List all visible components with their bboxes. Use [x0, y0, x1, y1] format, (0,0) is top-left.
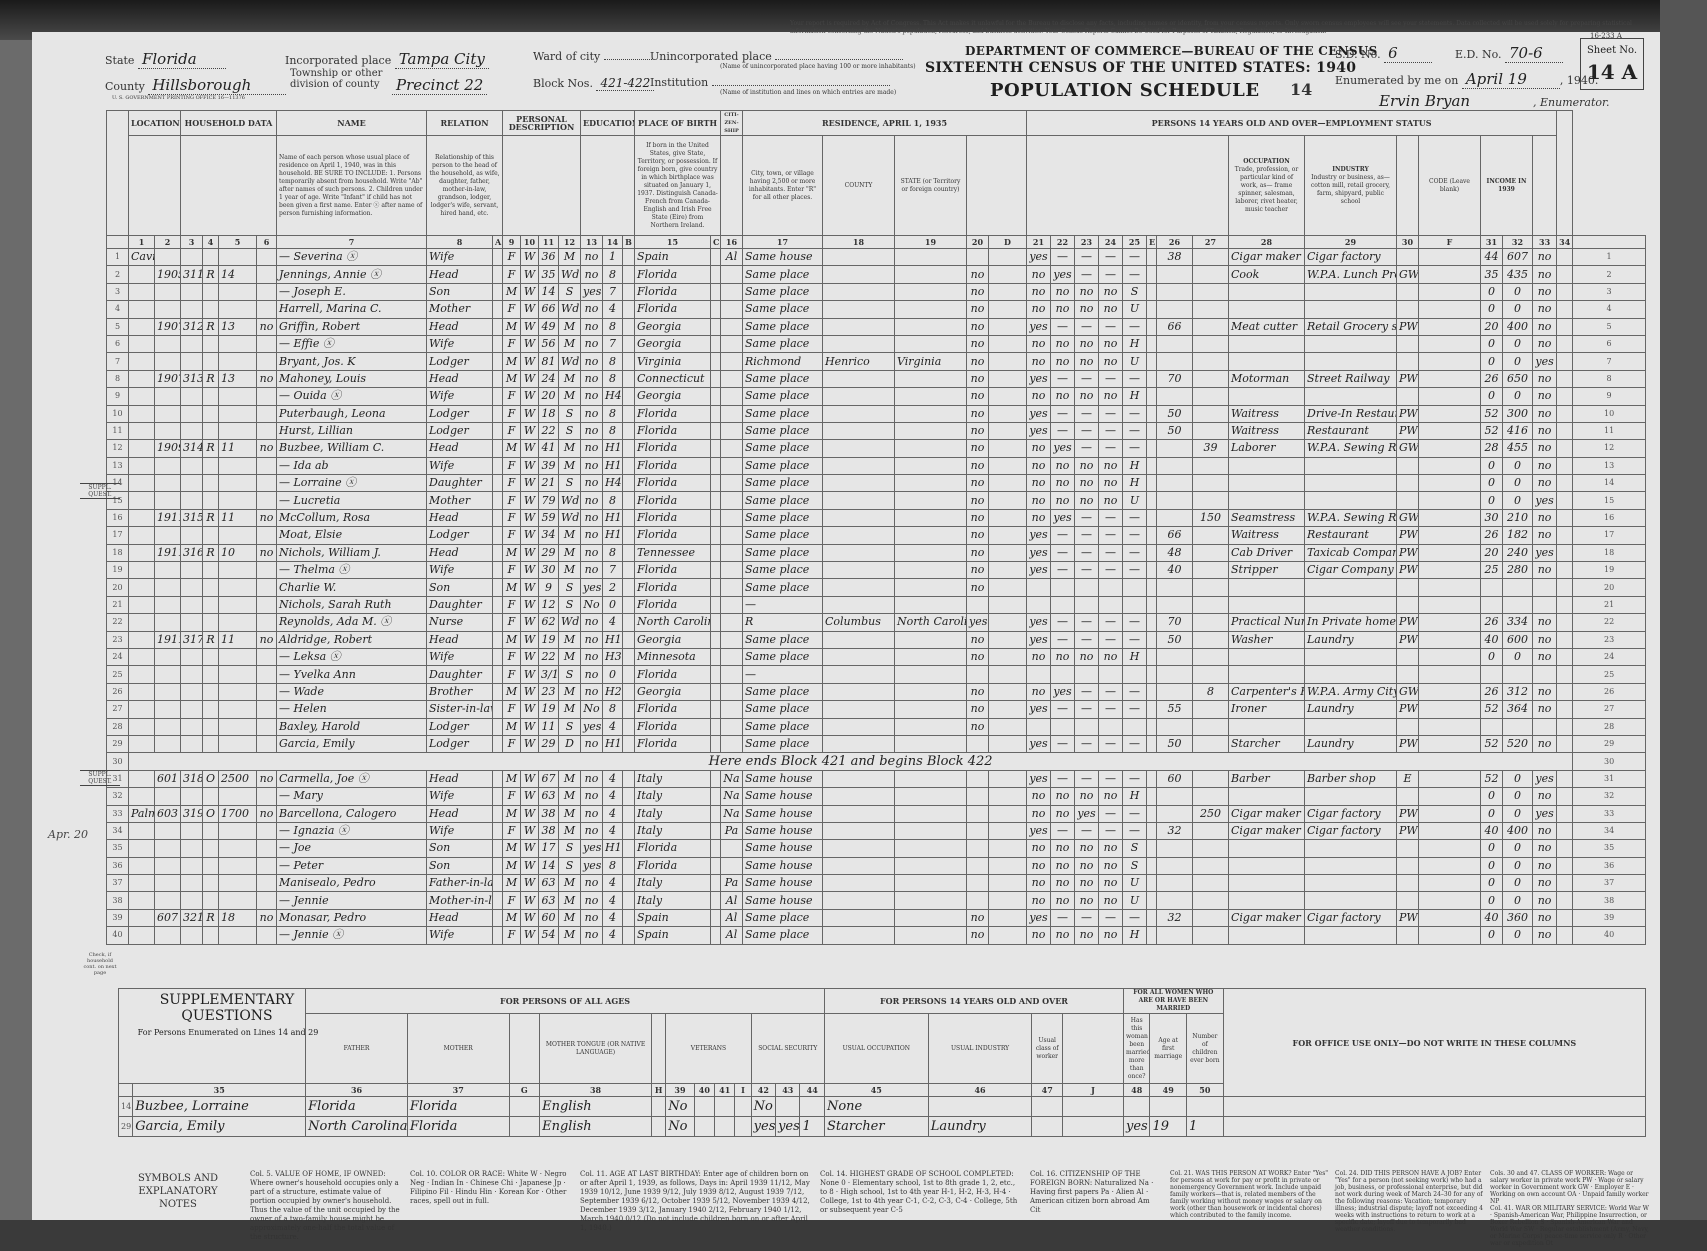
code-cell: [1419, 840, 1481, 857]
cell-race: W: [521, 492, 539, 509]
cell-job: no: [1099, 388, 1123, 405]
cell-ms: S: [559, 422, 581, 439]
code-cell: [711, 249, 721, 266]
cell-race: W: [521, 701, 539, 718]
table-row: 22Reynolds, Ada M. ⓧNurseFW62Wdno4North …: [107, 614, 1646, 631]
cell-street: [129, 579, 155, 596]
cell-act: H: [1123, 388, 1147, 405]
code-cell: [711, 301, 721, 318]
cell-wks: 28: [1481, 440, 1503, 457]
cell-res: Same place: [743, 648, 823, 665]
cell-cls: [1397, 788, 1419, 805]
cell-work: no: [1027, 509, 1051, 526]
cell-res-state: [895, 648, 967, 665]
supp-col-num-line: [119, 1084, 133, 1097]
cell-grade: 4: [603, 788, 623, 805]
cell-grade: 7: [603, 335, 623, 352]
cell-sex: F: [503, 405, 521, 422]
occupation-header: OCCUPATIONTrade, profession, or particul…: [1229, 136, 1305, 236]
cell-farm: [257, 857, 277, 874]
cell-occ: [1229, 475, 1305, 492]
cell-pe: no: [1051, 840, 1075, 857]
cell-work: no: [1027, 388, 1051, 405]
cell-ind: Street Railway: [1305, 370, 1397, 387]
cell-value: [219, 648, 257, 665]
cell-name: — Wade: [277, 683, 427, 700]
cell-grade: H2: [603, 683, 623, 700]
col-num-3: 3: [181, 236, 203, 249]
cell-sex: F: [503, 614, 521, 631]
cell-pe: yes: [1051, 266, 1075, 283]
cell-seek: no: [1075, 648, 1099, 665]
cell-wks: 40: [1481, 631, 1503, 648]
supp-cell-children: [1187, 1097, 1224, 1117]
cell-rel: Wife: [427, 388, 493, 405]
code-cell: [989, 249, 1027, 266]
suppl-quest-tag-14: SUPPL. QUEST.: [80, 483, 120, 499]
cell-own: [203, 388, 219, 405]
cell-street: [129, 770, 155, 787]
cell-res: Same place: [743, 683, 823, 700]
code-cell: [1147, 648, 1157, 665]
col-num-B: B: [623, 236, 635, 249]
code-cell: [989, 353, 1027, 370]
line-number: 13: [107, 457, 129, 474]
cell-farm: [257, 475, 277, 492]
cell-school: no: [581, 249, 603, 266]
col-num-23: 23: [1075, 236, 1099, 249]
cell-age: 3/12: [539, 666, 559, 683]
cell-school: no: [581, 805, 603, 822]
code-cell: [711, 614, 721, 631]
township-value: Precinct 22: [392, 76, 487, 95]
cell-birth: Georgia: [635, 631, 711, 648]
cell-value: [219, 249, 257, 266]
cell-grade: H1: [603, 440, 623, 457]
supp-col-num-48: 48: [1124, 1084, 1150, 1097]
cell-school: no: [581, 335, 603, 352]
cell-job: —: [1099, 440, 1123, 457]
cell-cit: [721, 475, 743, 492]
line-number: 7: [107, 353, 129, 370]
cell-race: W: [521, 405, 539, 422]
line-number: 6: [107, 335, 129, 352]
cell-res-county: [823, 892, 895, 909]
supp-cell-name: Garcia, Emily: [133, 1117, 306, 1137]
cell-rel: Mother: [427, 492, 493, 509]
cell-unemp: [1193, 770, 1229, 787]
cell-work: no: [1027, 788, 1051, 805]
cell-ind: [1305, 648, 1397, 665]
code-cell: [735, 1117, 751, 1137]
cell-rel: Son: [427, 840, 493, 857]
cell-sex: F: [503, 527, 521, 544]
cell-name: — Joe: [277, 840, 427, 857]
supp-cell-usual-class: [1032, 1117, 1063, 1137]
cell-pe: —: [1051, 249, 1075, 266]
cell-hrs: 50: [1157, 735, 1193, 752]
code-cell: [989, 631, 1027, 648]
cell-work: no: [1027, 892, 1051, 909]
cell-ms: Wd: [559, 353, 581, 370]
cell-num: [181, 249, 203, 266]
cell-own: O: [203, 770, 219, 787]
col-num-6: 6: [257, 236, 277, 249]
supp-col-num-41: 41: [715, 1084, 735, 1097]
cell-farm35: no: [967, 492, 989, 509]
cell-birth: Florida: [635, 579, 711, 596]
code-cell: [1557, 335, 1573, 352]
cell-grade: 0: [603, 666, 623, 683]
line-number: 24: [107, 648, 129, 665]
code-cell: [715, 1097, 735, 1117]
code-cell: [1419, 266, 1481, 283]
table-row: 11Hurst, LillianLodgerFW22Sno8FloridaSam…: [107, 422, 1646, 439]
cell-wks: 0: [1481, 805, 1503, 822]
cell-job: —: [1099, 266, 1123, 283]
cell-occ: Cab Driver: [1229, 544, 1305, 561]
cell-res-state: [895, 335, 967, 352]
cell-res-county: [823, 527, 895, 544]
cell-res-county: [823, 788, 895, 805]
cell-res-county: [823, 718, 895, 735]
code-cell: [493, 718, 503, 735]
cell-farm: [257, 648, 277, 665]
code-cell: [711, 388, 721, 405]
cell-occ: [1229, 492, 1305, 509]
cell-street: [129, 666, 155, 683]
code-cell: [989, 457, 1027, 474]
cell-rel: Lodger: [427, 405, 493, 422]
cell-own: [203, 840, 219, 857]
cell-grade: 4: [603, 822, 623, 839]
line-number-right: 17: [1573, 527, 1646, 544]
cell-seek: —: [1075, 422, 1099, 439]
code-cell: [1419, 370, 1481, 387]
code-cell: [711, 318, 721, 335]
cell-rel: Wife: [427, 562, 493, 579]
cell-hrs: 60: [1157, 770, 1193, 787]
cell-birth: North Carolina: [635, 614, 711, 631]
cell-name: Carmella, Joe ⓧ: [277, 770, 427, 787]
cell-farm: [257, 892, 277, 909]
cell-num: 318: [181, 770, 203, 787]
cell-birth: Spain: [635, 909, 711, 926]
code-cell: [711, 544, 721, 561]
line-number: 20: [107, 579, 129, 596]
cell-rel: Mother-in-law: [427, 892, 493, 909]
unincorporated-note: (Name of unincorporated place having 100…: [720, 63, 916, 70]
line-number: 32: [107, 788, 129, 805]
table-row: 6— Effie ⓧWifeFW56Mno7GeorgiaSame placen…: [107, 335, 1646, 352]
cell-farm35: no: [967, 370, 989, 387]
cell-age: 66: [539, 301, 559, 318]
cell-rel: Daughter: [427, 475, 493, 492]
cell-res-state: [895, 579, 967, 596]
cell-unemp: [1193, 457, 1229, 474]
cell-hrs: [1157, 492, 1193, 509]
cell-birth: Florida: [635, 440, 711, 457]
cell-act: [1123, 666, 1147, 683]
cell-act: —: [1123, 701, 1147, 718]
cell-hrs: [1157, 596, 1193, 613]
cell-ms: M: [559, 892, 581, 909]
cell-other: [1533, 579, 1557, 596]
code-cell: [711, 596, 721, 613]
cell-wks: [1481, 666, 1503, 683]
cell-wages: 455: [1503, 440, 1533, 457]
cell-age: 19: [539, 701, 559, 718]
cell-farm: [257, 596, 277, 613]
code-cell: [711, 440, 721, 457]
ed-value: 70-6: [1505, 44, 1563, 63]
cell-name: Garcia, Emily: [277, 735, 427, 752]
supp-cell-children: 1: [1187, 1117, 1224, 1137]
cell-res-state: [895, 701, 967, 718]
cell-pe: —: [1051, 562, 1075, 579]
cell-school: yes: [581, 840, 603, 857]
line-number: 23: [107, 631, 129, 648]
cell-farm35: no: [967, 718, 989, 735]
code-cell: [1419, 405, 1481, 422]
cell-ind: Barber shop: [1305, 770, 1397, 787]
cell-name: — Jennie: [277, 892, 427, 909]
cell-age: 29: [539, 544, 559, 561]
cell-other: no: [1533, 388, 1557, 405]
cell-job: —: [1099, 770, 1123, 787]
code-cell: [1557, 614, 1573, 631]
cell-unemp: [1193, 614, 1229, 631]
supp-group-14-over: FOR PERSONS 14 YEARS OLD AND OVER: [824, 989, 1123, 1014]
cell-hrs: 50: [1157, 422, 1193, 439]
line-number: 2: [107, 266, 129, 283]
cell-hrs: 55: [1157, 701, 1193, 718]
code-cell: [1557, 440, 1573, 457]
supp-group-women: FOR ALL WOMEN WHO ARE OR HAVE BEEN MARRI…: [1124, 989, 1224, 1014]
cell-farm: no: [257, 440, 277, 457]
cell-rel: Nurse: [427, 614, 493, 631]
cell-job: no: [1099, 927, 1123, 944]
supp-col-num-44: 44: [800, 1084, 824, 1097]
cell-sex: F: [503, 492, 521, 509]
cell-res: Same house: [743, 840, 823, 857]
cell-cit: Al: [721, 892, 743, 909]
cell-hrs: [1157, 579, 1193, 596]
department-title: DEPARTMENT OF COMMERCE—BUREAU OF THE CEN…: [965, 44, 1378, 58]
code-cell: [711, 648, 721, 665]
table-row: 21905311R14Jennings, Annie ⓧHeadFW35Wdno…: [107, 266, 1646, 283]
cell-seek: —: [1075, 370, 1099, 387]
cell-occ: Practical Nurse: [1229, 614, 1305, 631]
cell-race: W: [521, 335, 539, 352]
cell-rel: Lodger: [427, 353, 493, 370]
cell-res: Same house: [743, 875, 823, 892]
cell-res-county: [823, 909, 895, 926]
code-cell: [1557, 666, 1573, 683]
cell-ind: [1305, 892, 1397, 909]
code-cell: [623, 370, 635, 387]
cell-grade: 8: [603, 266, 623, 283]
code-cell: [1147, 422, 1157, 439]
cell-job: —: [1099, 422, 1123, 439]
cell-wks: 40: [1481, 822, 1503, 839]
cell-farm35: [967, 788, 989, 805]
cell-grade: H1: [603, 735, 623, 752]
code-cell: [1147, 614, 1157, 631]
code-cell: [493, 249, 503, 266]
code-cell: [623, 927, 635, 944]
cell-rel: Head: [427, 509, 493, 526]
code-cell: [623, 249, 635, 266]
cell-res: Same place: [743, 388, 823, 405]
table-row: 37Manisealo, PedroFather-in-lawMW63Mno4I…: [107, 875, 1646, 892]
cell-occ: [1229, 718, 1305, 735]
cell-value: [219, 283, 257, 300]
cell-value: [219, 927, 257, 944]
cell-other: no: [1533, 562, 1557, 579]
line-number: 4: [107, 301, 129, 318]
cell-act: —: [1123, 909, 1147, 926]
code-cell: [1557, 875, 1573, 892]
cell-cls: GW: [1397, 440, 1419, 457]
col-num-15: 15: [635, 236, 711, 249]
industry-header: INDUSTRYIndustry or business, as— cotton…: [1305, 136, 1397, 236]
cell-hrs: [1157, 335, 1193, 352]
cell-act: —: [1123, 822, 1147, 839]
cell-own: [203, 422, 219, 439]
cell-house: [155, 822, 181, 839]
note-col30-col41: Cols. 30 and 47. CLASS OF WORKER: Wage o…: [1490, 1170, 1650, 1247]
col-num-22: 22: [1051, 236, 1075, 249]
cell-cit: Al: [721, 927, 743, 944]
cell-farm: [257, 683, 277, 700]
cell-cit: [721, 318, 743, 335]
cell-occ: Waitress: [1229, 405, 1305, 422]
code-cell: [493, 579, 503, 596]
cell-ms: M: [559, 927, 581, 944]
cell-rel: Wife: [427, 457, 493, 474]
cell-cit: [721, 701, 743, 718]
cell-age: 56: [539, 335, 559, 352]
cell-wages: 0: [1503, 927, 1533, 944]
code-cell: [493, 353, 503, 370]
cell-seek: no: [1075, 353, 1099, 370]
cell-res: Same place: [743, 562, 823, 579]
cell-name: — Helen: [277, 701, 427, 718]
cell-unemp: [1193, 666, 1229, 683]
cell-farm: [257, 335, 277, 352]
cell-pe: no: [1051, 353, 1075, 370]
cell-occ: Carpenter's Helper: [1229, 683, 1305, 700]
cell-ind: In Private home: [1305, 614, 1397, 631]
col-num-16: 16: [721, 236, 743, 249]
code-cell: [1147, 927, 1157, 944]
cell-cls: PW: [1397, 735, 1419, 752]
cell-house: [155, 614, 181, 631]
cell-ms: M: [559, 875, 581, 892]
code-cell: [1147, 475, 1157, 492]
cell-other: no: [1533, 335, 1557, 352]
cell-birth: Italy: [635, 892, 711, 909]
cell-farm35: no: [967, 648, 989, 665]
code-cell: [623, 892, 635, 909]
cell-occ: Cigar maker: [1229, 822, 1305, 839]
code-cell: [711, 909, 721, 926]
cell-occ: Ironer: [1229, 701, 1305, 718]
cell-unemp: [1193, 388, 1229, 405]
code-cell: [623, 857, 635, 874]
cell-res-state: [895, 318, 967, 335]
cell-age: 29: [539, 735, 559, 752]
cell-ms: Wd: [559, 614, 581, 631]
cell-job: no: [1099, 457, 1123, 474]
cell-job: [1099, 666, 1123, 683]
cell-cit: Pa: [721, 875, 743, 892]
code-cell: [493, 283, 503, 300]
cell-cls: PW: [1397, 631, 1419, 648]
code-cell: [623, 701, 635, 718]
cell-act: —: [1123, 805, 1147, 822]
code-cell: [623, 422, 635, 439]
cell-street: [129, 353, 155, 370]
cell-hrs: 50: [1157, 631, 1193, 648]
ed-field: E.D. No. 70-6: [1455, 44, 1563, 63]
supp-cell-ss-wages: 1: [800, 1117, 824, 1137]
cell-num: 311: [181, 266, 203, 283]
cell-res-county: [823, 318, 895, 335]
cell-res-state: [895, 875, 967, 892]
cell-res-state: [895, 770, 967, 787]
cell-wages: 300: [1503, 405, 1533, 422]
col-num-9: 9: [503, 236, 521, 249]
cell-res: —: [743, 596, 823, 613]
cell-occ: [1229, 283, 1305, 300]
cell-cls: [1397, 457, 1419, 474]
code-cell: [1557, 527, 1573, 544]
cell-work: yes: [1027, 318, 1051, 335]
cell-grade: 8: [603, 422, 623, 439]
cell-name: — Severina ⓧ: [277, 249, 427, 266]
cell-race: W: [521, 614, 539, 631]
code-cell: [623, 527, 635, 544]
cell-grade: 8: [603, 353, 623, 370]
cell-house: [155, 475, 181, 492]
cell-wages: 0: [1503, 840, 1533, 857]
cell-pe: no: [1051, 475, 1075, 492]
line-number: 40: [107, 927, 129, 944]
cell-farm35: no: [967, 440, 989, 457]
supp-cell-married-more: yes: [1124, 1117, 1150, 1137]
cell-grade: 4: [603, 909, 623, 926]
cell-street: [129, 562, 155, 579]
cell-own: [203, 788, 219, 805]
cell-res-county: [823, 388, 895, 405]
cell-res-state: [895, 405, 967, 422]
table-row: 35— JoeSonMW17SyesH1FloridaSame housenon…: [107, 840, 1646, 857]
code-cell: [1419, 353, 1481, 370]
cell-other: no: [1533, 301, 1557, 318]
cell-unemp: 250: [1193, 805, 1229, 822]
code-cell: [623, 457, 635, 474]
table-row: 30Here ends Block 421 and begins Block 4…: [107, 753, 1646, 770]
cell-birth: Florida: [635, 405, 711, 422]
cell-race: W: [521, 388, 539, 405]
cell-ind: [1305, 788, 1397, 805]
cell-job: —: [1099, 735, 1123, 752]
cell-wages: [1503, 579, 1533, 596]
code-cell: [1557, 683, 1573, 700]
cell-ms: M: [559, 683, 581, 700]
